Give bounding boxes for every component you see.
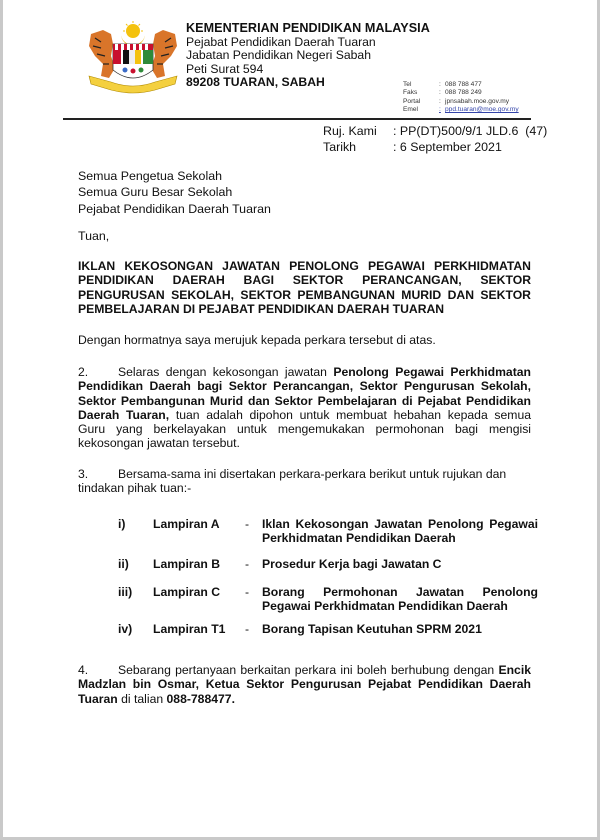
- attachment-item: i) Lampiran A - Iklan Kekosongan Jawatan…: [118, 517, 538, 546]
- date-label: Tarikh: [323, 139, 393, 155]
- attachment-name: Lampiran A: [153, 517, 245, 546]
- coat-of-arms-icon: [81, 20, 185, 96]
- contact-value: 088 788 249: [445, 89, 482, 97]
- attachment-number: i): [118, 517, 153, 546]
- attachment-dash: -: [245, 622, 262, 636]
- paragraph-number: 2.: [78, 365, 118, 379]
- attachment-name: Lampiran C: [153, 585, 245, 614]
- attachment-number: ii): [118, 557, 153, 571]
- paragraph-3: 3.Bersama-sama ini disertakan perkara-pe…: [78, 467, 531, 496]
- attachment-description: Borang Tapisan Keutuhan SPRM 2021: [262, 622, 538, 636]
- contact-details: Tel : 088 788 477 Faks : 088 788 249 Por…: [403, 81, 519, 114]
- attachment-item: iii) Lampiran C - Borang Permohonan Jawa…: [118, 585, 538, 614]
- attachment-number: iii): [118, 585, 153, 614]
- recipient: Semua Guru Besar Sekolah: [78, 184, 271, 200]
- office-name: Pejabat Pendidikan Daerah Tuaran: [186, 36, 430, 50]
- recipients: Semua Pengetua Sekolah Semua Guru Besar …: [78, 168, 271, 217]
- letterhead: KEMENTERIAN PENDIDIKAN MALAYSIA Pejabat …: [186, 22, 430, 90]
- letter-page: KEMENTERIAN PENDIDIKAN MALAYSIA Pejabat …: [3, 0, 597, 837]
- attachment-item: iv) Lampiran T1 - Borang Tapisan Keutuha…: [118, 622, 538, 636]
- paragraph-text: Selaras dengan kekosongan jawatan: [118, 365, 333, 379]
- subject-heading: IKLAN KEKOSONGAN JAWATAN PENOLONG PEGAWA…: [78, 259, 531, 316]
- paragraph-4: 4.Sebarang pertanyaan berkaitan perkara …: [78, 663, 531, 706]
- paragraph-text: di talian: [118, 692, 167, 706]
- ref-label: Ruj. Kami: [323, 123, 393, 139]
- email-link[interactable]: ppd.tuaran@moe.gov.my: [445, 106, 519, 114]
- recipient: Semua Pengetua Sekolah: [78, 168, 271, 184]
- contact-fax: Faks : 088 788 249: [403, 89, 519, 97]
- attachment-dash: -: [245, 557, 262, 571]
- contact-tel: Tel : 088 788 477: [403, 81, 519, 89]
- contact-label: Emel: [403, 106, 439, 114]
- department-name: Jabatan Pendidikan Negeri Sabah: [186, 49, 430, 63]
- paragraph-text: Sebarang pertanyaan berkaitan perkara in…: [118, 663, 498, 677]
- recipient: Pejabat Pendidikan Daerah Tuaran: [78, 201, 271, 217]
- paragraph-2: 2.Selaras dengan kekosongan jawatan Peno…: [78, 365, 531, 451]
- attachment-number: iv): [118, 622, 153, 636]
- paragraph-number: 3.: [78, 467, 118, 481]
- salutation: Tuan,: [78, 229, 109, 243]
- paragraph-1: Dengan hormatnya saya merujuk kepada per…: [78, 333, 531, 347]
- attachment-dash: -: [245, 517, 262, 546]
- contact-email: Emel : ppd.tuaran@moe.gov.my: [403, 106, 519, 114]
- attachment-name: Lampiran B: [153, 557, 245, 571]
- attachment-description: Borang Permohonan Jawatan Penolong Pegaw…: [262, 585, 538, 614]
- postcode-city: 89208 TUARAN, SABAH: [186, 76, 430, 90]
- header-divider: [63, 118, 531, 120]
- contact-portal: Portal : jpnsabah.moe.gov.my: [403, 98, 519, 106]
- po-box: Peti Surat 594: [186, 63, 430, 77]
- ministry-name: KEMENTERIAN PENDIDIKAN MALAYSIA: [186, 22, 430, 36]
- attachment-name: Lampiran T1: [153, 622, 245, 636]
- contact-label: Faks: [403, 89, 439, 97]
- attachment-item: ii) Lampiran B - Prosedur Kerja bagi Jaw…: [118, 557, 538, 571]
- ref-value: : PP(DT)500/9/1 JLD.6 (47): [393, 123, 547, 139]
- paragraph-number: 4.: [78, 663, 118, 677]
- attachment-description: Prosedur Kerja bagi Jawatan C: [262, 557, 538, 571]
- contact-value: jpnsabah.moe.gov.my: [445, 98, 509, 106]
- contact-phone: 088-788477.: [167, 692, 235, 706]
- attachment-dash: -: [245, 585, 262, 614]
- paragraph-text: Bersama-sama ini disertakan perkara-perk…: [78, 467, 506, 495]
- contact-label: Portal: [403, 98, 439, 106]
- contact-label: Tel: [403, 81, 439, 89]
- date-value: : 6 September 2021: [393, 139, 502, 155]
- reference-block: Ruj. Kami : PP(DT)500/9/1 JLD.6 (47) Tar…: [323, 123, 547, 155]
- attachment-description: Iklan Kekosongan Jawatan Penolong Pegawa…: [262, 517, 538, 546]
- contact-value: 088 788 477: [445, 81, 482, 89]
